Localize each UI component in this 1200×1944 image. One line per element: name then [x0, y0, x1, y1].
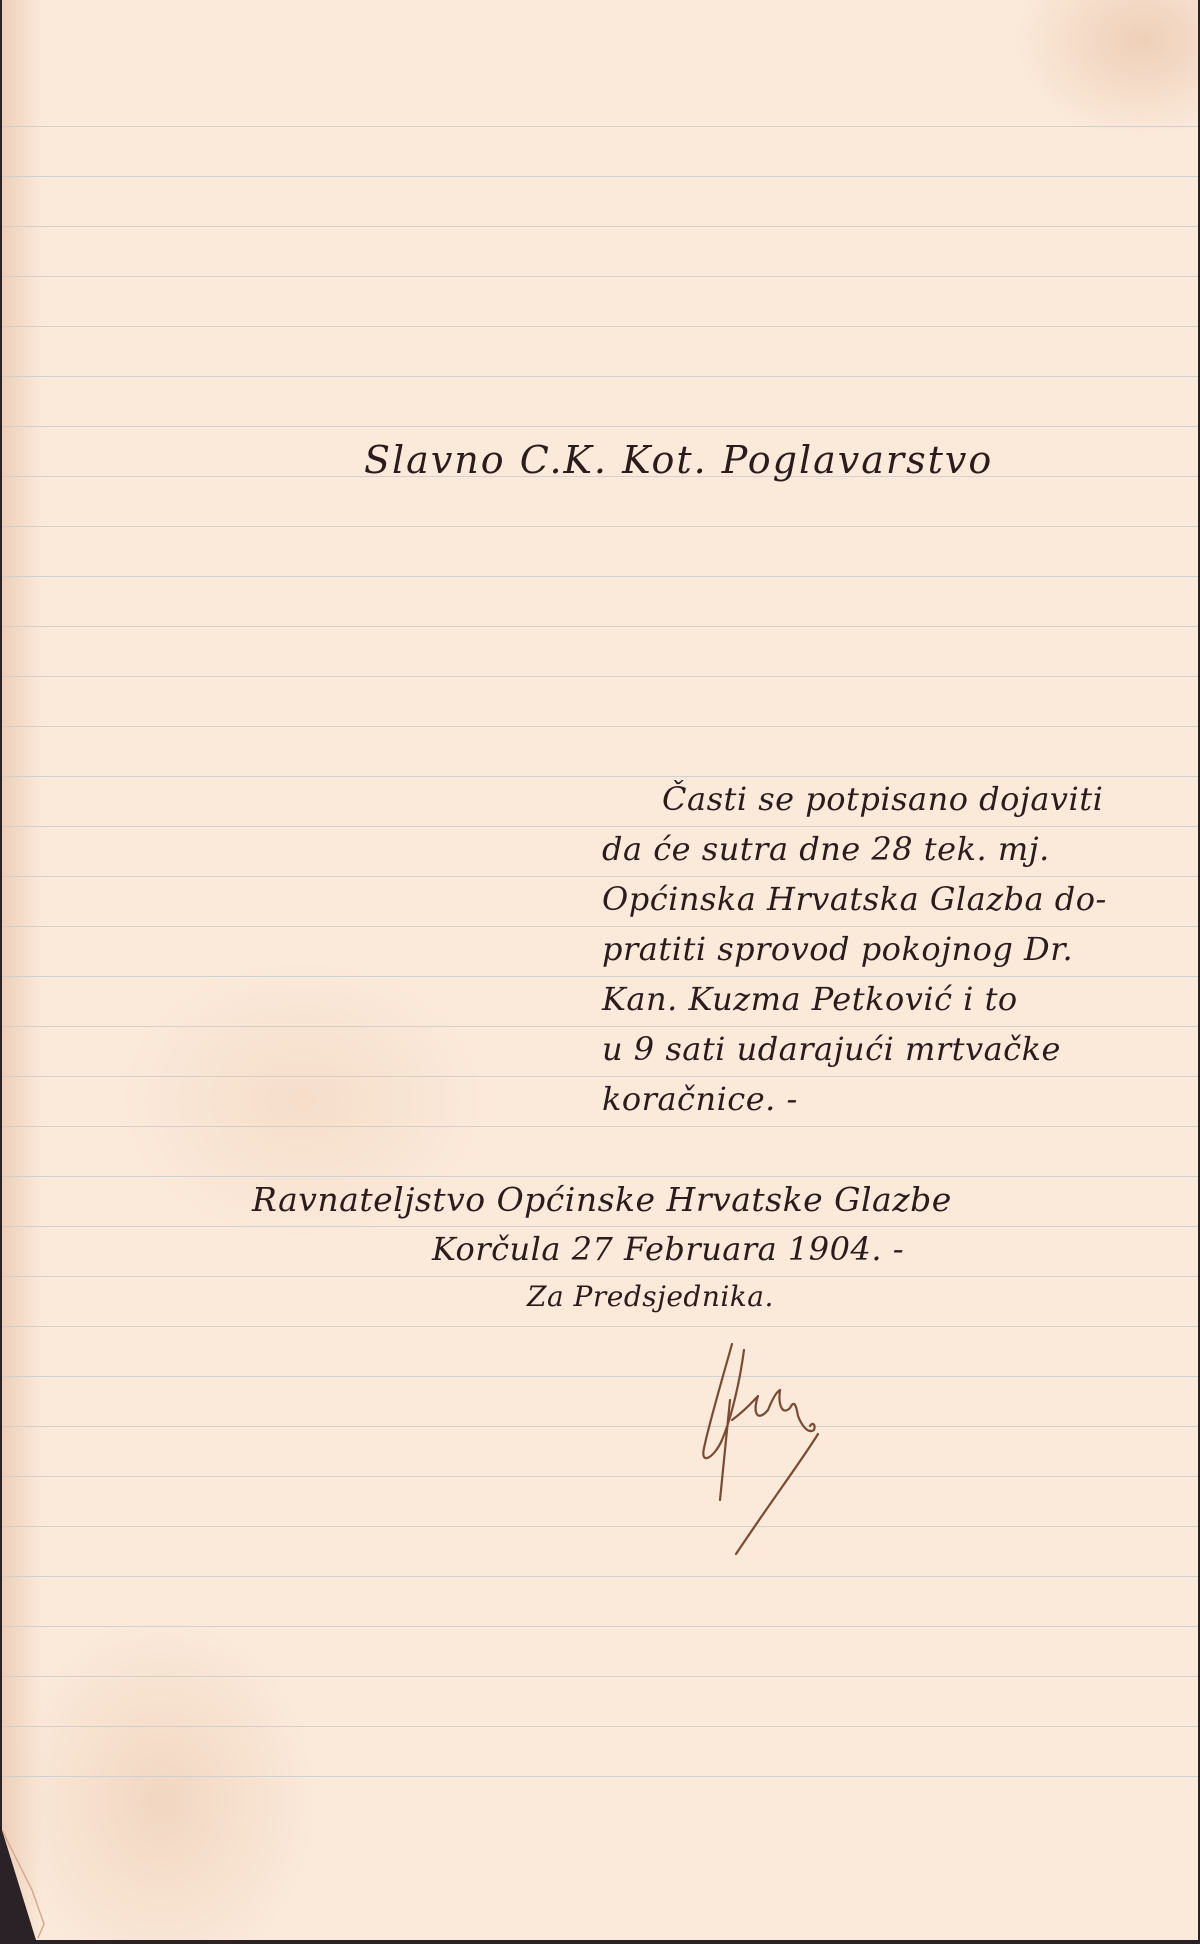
- ruled-line: [2, 176, 1198, 177]
- body-line-4: pratiti sprovod pokojnog Dr.: [602, 930, 1073, 968]
- ruled-line: [2, 976, 1198, 977]
- body-line-5: Kan. Kuzma Petković i to: [602, 980, 1018, 1018]
- body-line-3: Općinska Hrvatska Glazba do-: [602, 880, 1107, 918]
- ruled-line: [2, 1276, 1198, 1277]
- ruled-line: [2, 1426, 1198, 1427]
- torn-corner: [2, 1830, 52, 1944]
- ruled-line: [2, 726, 1198, 727]
- ruled-line: [2, 226, 1198, 227]
- ruled-line: [2, 876, 1198, 877]
- on-behalf-line: Za Predsjednika.: [527, 1280, 774, 1313]
- ruled-line: [2, 1626, 1198, 1627]
- ruled-line: [2, 1676, 1198, 1677]
- ruled-line: [2, 376, 1198, 377]
- body-line-6: u 9 sati udarajući mrtvačke: [602, 1030, 1061, 1068]
- sender-line: Ravnateljstvo Općinske Hrvatske Glazbe: [252, 1180, 952, 1219]
- ruled-line: [2, 1226, 1198, 1227]
- ruled-line: [2, 926, 1198, 927]
- ruled-line: [2, 426, 1198, 427]
- ruled-line: [2, 126, 1198, 127]
- ruled-line: [2, 1376, 1198, 1377]
- ruled-line: [2, 1026, 1198, 1027]
- ruled-line: [2, 626, 1198, 627]
- ruled-line: [2, 1776, 1198, 1777]
- body-line-2: da će sutra dne 28 tek. mj.: [602, 830, 1050, 868]
- ruled-line: [2, 1126, 1198, 1127]
- ruled-line: [2, 526, 1198, 527]
- signature-mark: [692, 1330, 852, 1560]
- ruled-line: [2, 1076, 1198, 1077]
- ruled-line: [2, 326, 1198, 327]
- ruled-line: [2, 576, 1198, 577]
- ruled-line: [2, 276, 1198, 277]
- ruled-line: [2, 676, 1198, 677]
- ruled-line: [2, 1726, 1198, 1727]
- body-line-7: koračnice. -: [602, 1080, 798, 1118]
- ruled-line: [2, 826, 1198, 827]
- ruled-line: [2, 776, 1198, 777]
- ruled-line: [2, 1176, 1198, 1177]
- ruled-line: [2, 1576, 1198, 1577]
- ruled-line: [2, 1526, 1198, 1527]
- addressee-heading: Slavno C.K. Kot. Poglavarstvo: [364, 438, 993, 482]
- body-line-1: Časti se potpisano dojaviti: [662, 780, 1103, 818]
- place-date-line: Korčula 27 Februara 1904. -: [432, 1230, 904, 1268]
- ruled-line: [2, 1326, 1198, 1327]
- letter-sheet: Slavno C.K. Kot. Poglavarstvo Časti se p…: [2, 0, 1198, 1940]
- ruled-line: [2, 1476, 1198, 1477]
